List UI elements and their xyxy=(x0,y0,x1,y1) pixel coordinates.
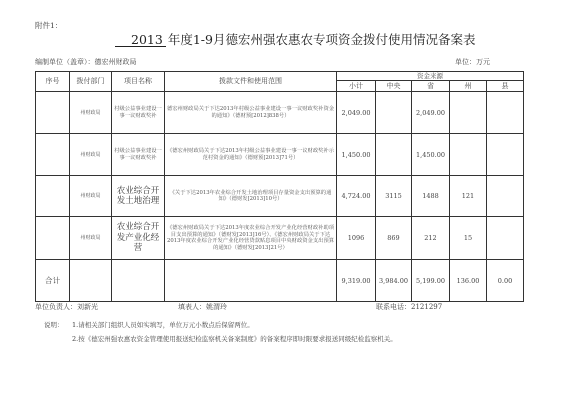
cell-province: 1488 xyxy=(412,176,450,217)
header-dept: 拨付部门 xyxy=(70,72,112,92)
cell-dept: 州财政局 xyxy=(70,176,112,217)
cell-document: 《关于下达2013年农业综合开发土地治理项目存量资金支出预算的通知》（德财发[2… xyxy=(165,176,337,217)
total-prefecture: 136.00 xyxy=(450,260,487,302)
fund-allocation-table: 序号 拨付部门 项目名称 拨款文件和使用范围 资金来源 小计 中央 省 州 县 … xyxy=(35,71,524,302)
header-county: 县 xyxy=(487,81,524,92)
cell-seq xyxy=(36,134,70,176)
cell-project: 村级公益事业建设一事一议财政奖补 xyxy=(112,134,165,176)
header-prefecture: 州 xyxy=(450,81,487,92)
cell-subtotal: 2,049.00 xyxy=(337,92,376,134)
contact-phone: 联系电话：2121297 xyxy=(376,302,442,312)
page-title: 2013年度1-9月德宏州强农惠农专项资金拨付使用情况备案表 xyxy=(115,30,475,48)
header-fund-source: 资金来源 xyxy=(337,72,524,81)
cell-central xyxy=(376,134,412,176)
table-row: 州财政局 农业综合开发产业化经营 《德宏州财政局关于下达2013年度农业综合开发… xyxy=(36,217,524,260)
title-text: 年度1-9月德宏州强农惠农专项资金拨付使用情况备案表 xyxy=(168,32,476,47)
cell-prefecture xyxy=(450,92,487,134)
cell-county xyxy=(487,217,524,260)
header-province: 省 xyxy=(412,81,450,92)
cell-dept xyxy=(70,260,112,302)
compiling-unit: 编制单位（盖章）：德宏州财政局 xyxy=(35,57,137,67)
note-item-1: 1.请相关部门组织人员如实填写，单位万元小数点后保留两位。 xyxy=(72,320,254,329)
cell-dept: 州财政局 xyxy=(70,217,112,260)
cell-prefecture xyxy=(450,134,487,176)
total-county: 0.00 xyxy=(487,260,524,302)
table-row: 州财政局 农业综合开发土地治理 《关于下达2013年农业综合开发土地治理项目存量… xyxy=(36,176,524,217)
cell-dept: 州财政局 xyxy=(70,134,112,176)
header-subtotal: 小计 xyxy=(337,81,376,92)
notes-label: 说明： xyxy=(44,320,64,329)
cell-subtotal: 1096 xyxy=(337,217,376,260)
cell-province: 212 xyxy=(412,217,450,260)
cell-prefecture: 15 xyxy=(450,217,487,260)
cell-county xyxy=(487,134,524,176)
cell-document: 《德宏州财政局关于下达2013年村级公益事业建设一事一议财政奖补示范村资金的通知… xyxy=(165,134,337,176)
note-item-2: 2.按《德宏州强农惠农资金管理使用报送纪检监察机关备案制度》的备案程序即时限要求… xyxy=(72,334,397,343)
cell-project: 村级公益事业建设一事一议财政奖补 xyxy=(112,92,165,134)
cell-prefecture: 121 xyxy=(450,176,487,217)
cell-project: 农业综合开发产业化经营 xyxy=(112,217,165,260)
table-row: 州财政局 村级公益事业建设一事一议财政奖补 《德宏州财政局关于下达2013年村级… xyxy=(36,134,524,176)
header-central: 中央 xyxy=(376,81,412,92)
cell-document: 《德宏州财政局关于下达2013年度农业综合开发产业化经营财政补助项目支出预算的通… xyxy=(165,217,337,260)
cell-central: 3115 xyxy=(376,176,412,217)
cell-province: 1,450.00 xyxy=(412,134,450,176)
cell-central: 869 xyxy=(376,217,412,260)
cell-central xyxy=(376,92,412,134)
total-province: 5,199.00 xyxy=(412,260,450,302)
cell-project: 农业综合开发土地治理 xyxy=(112,176,165,217)
total-central: 3,984.00 xyxy=(376,260,412,302)
header-seq: 序号 xyxy=(36,72,70,92)
currency-unit: 单位：万元 xyxy=(455,57,490,67)
header-project: 项目名称 xyxy=(112,72,165,92)
unit-head: 单位负责人：刘新光 xyxy=(35,302,98,312)
cell-seq xyxy=(36,217,70,260)
total-subtotal: 9,319.00 xyxy=(337,260,376,302)
cell-subtotal: 1,450.00 xyxy=(337,134,376,176)
cell-dept: 州财政局 xyxy=(70,92,112,134)
attachment-label: 附件1： xyxy=(35,20,62,31)
cell-project xyxy=(112,260,165,302)
cell-province: 2,049.00 xyxy=(412,92,450,134)
cell-seq xyxy=(36,92,70,134)
cell-county xyxy=(487,176,524,217)
total-label: 合计 xyxy=(36,260,70,302)
total-row: 合计 9,319.00 3,984.00 5,199.00 136.00 0.0… xyxy=(36,260,524,302)
table-row: 州财政局 村级公益事业建设一事一议财政奖补 德宏州财政局关于下达2013年村级公… xyxy=(36,92,524,134)
cell-county xyxy=(487,92,524,134)
cell-document: 德宏州财政局关于下达2013年村级公益事业建设一事一议财政奖补资金的通知》（德财… xyxy=(165,92,337,134)
cell-subtotal: 4,724.00 xyxy=(337,176,376,217)
title-year: 2013 xyxy=(115,33,166,47)
cell-seq xyxy=(36,176,70,217)
cell-document xyxy=(165,260,337,302)
form-filler: 填表人：姚渭玲 xyxy=(178,302,227,312)
header-document: 拨款文件和使用范围 xyxy=(165,72,337,92)
